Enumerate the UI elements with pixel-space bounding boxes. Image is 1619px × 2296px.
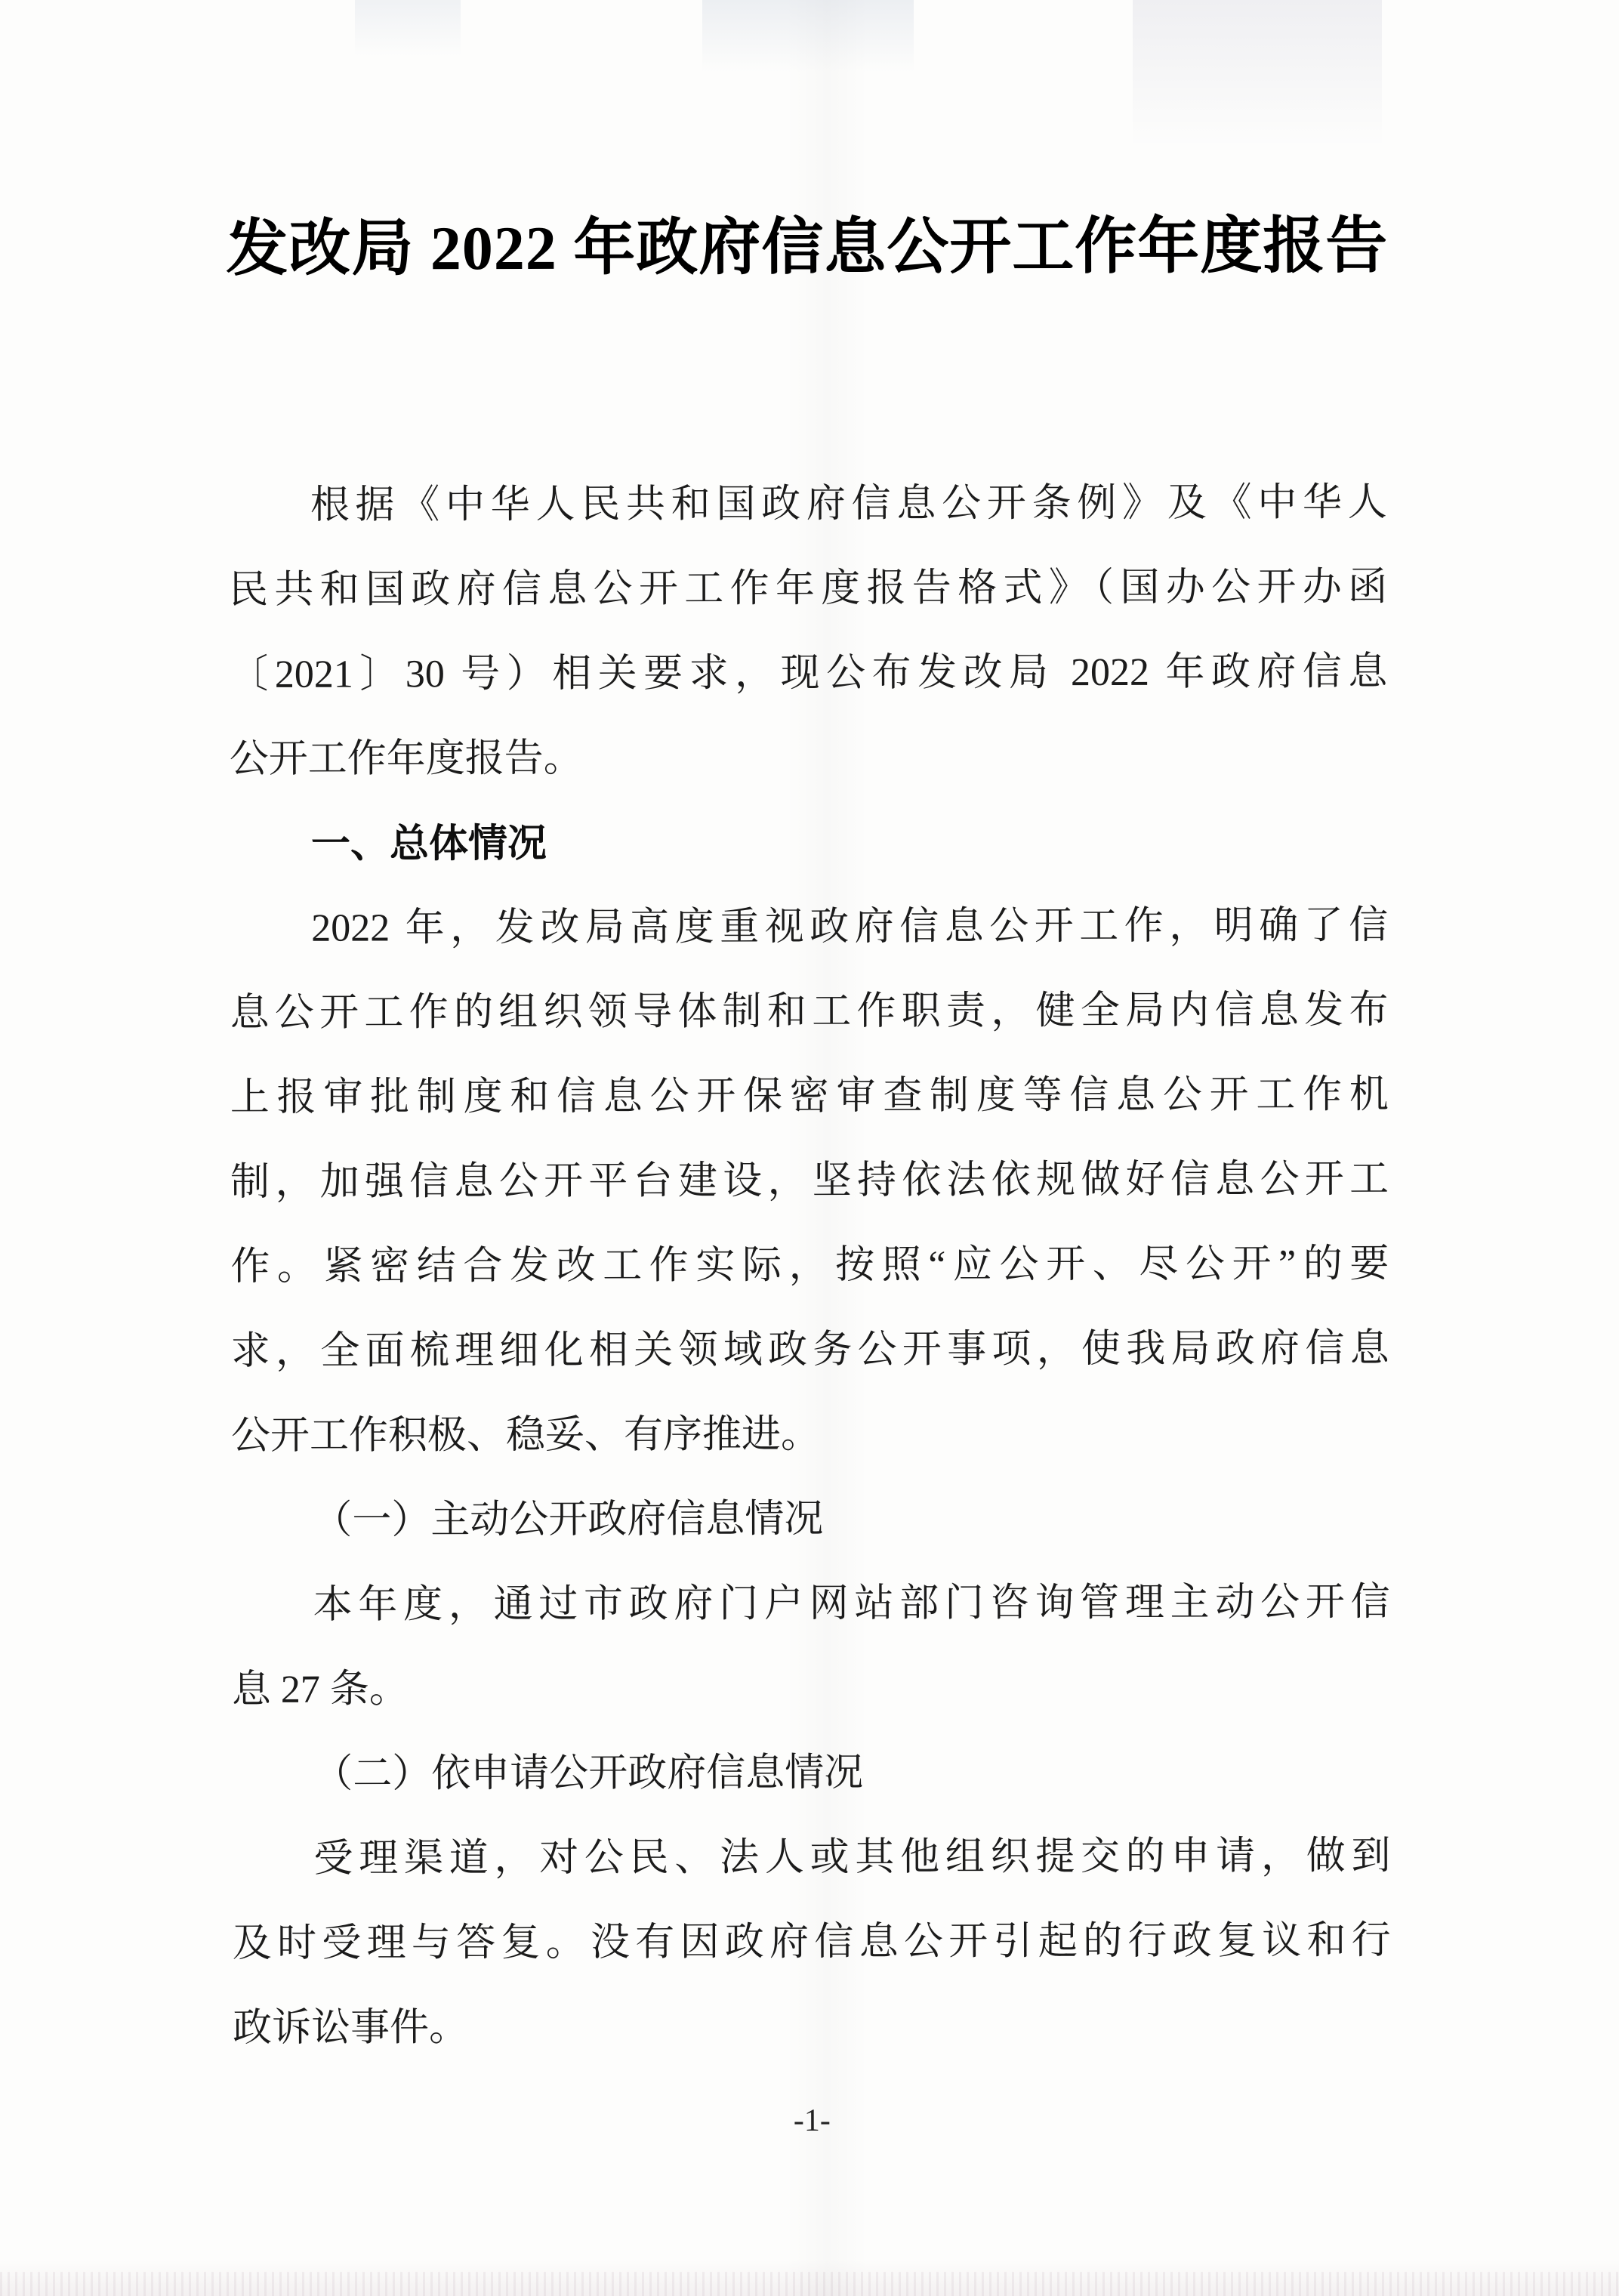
paragraph-line: 受理渠道，对公民、法人或其他组织提交的申请，做到 <box>232 1814 1390 1902</box>
paragraph-line: 根据《中华人民共和国政府信息公开条例》及《中华人 <box>229 461 1387 548</box>
document-title: 发改局 2022 年政府信息公开工作年度报告 <box>0 203 1617 292</box>
paragraph-line: 〔2021〕30 号）相关要求，现公布发改局 2022 年政府信息 <box>229 630 1387 717</box>
page-number: -1- <box>2 2097 1619 2144</box>
paragraph-line: 2022 年，发改局高度重视政府信息公开工作，明确了信 <box>230 884 1388 971</box>
paragraph-line: 息公开工作的组织领导体制和工作职责，健全局内信息发布 <box>230 968 1388 1056</box>
document-content: 发改局 2022 年政府信息公开工作年度报告 根据《中华人民共和国政府信息公开条… <box>0 0 1619 2296</box>
document-body: 根据《中华人民共和国政府信息公开条例》及《中华人 民共和国政府信息公开工作年度报… <box>229 461 1392 2071</box>
paragraph-line: 息 27 条。 <box>232 1645 1390 1733</box>
paragraph-line: 公开工作积极、稳妥、有序推进。 <box>231 1391 1389 1479</box>
document-page: 发改局 2022 年政府信息公开工作年度报告 根据《中华人民共和国政府信息公开条… <box>0 0 1619 2296</box>
paragraph-line: 民共和国政府信息公开工作年度报告格式》（国办公开办函 <box>229 545 1387 633</box>
paragraph-line: 本年度，通过市政府门户网站部门咨询管理主动公开信 <box>231 1560 1389 1648</box>
paragraph-line: 公开工作年度报告。 <box>230 714 1388 802</box>
paragraph-line: 作。紧密结合发改工作实际，按照“应公开、尽公开”的要 <box>230 1222 1389 1310</box>
subsection-heading-proactive-disclosure: （一）主动公开政府信息情况 <box>231 1476 1389 1563</box>
paragraph-line: 政诉讼事件。 <box>233 1983 1391 2071</box>
section-heading-overall: 一、总体情况 <box>230 799 1388 887</box>
paragraph-line: 及时受理与答复。没有因政府信息公开引起的行政复议和行 <box>233 1899 1391 1986</box>
paragraph-line: 求，全面梳理细化相关领域政务公开事项，使我局政府信息 <box>231 1307 1389 1394</box>
paragraph-line: 上报审批制度和信息公开保密审查制度等信息公开工作机 <box>230 1053 1389 1140</box>
paragraph-line: 制，加强信息公开平台建设，坚持依法依规做好信息公开工 <box>230 1137 1389 1225</box>
subsection-heading-disclosure-upon-request: （二）依申请公开政府信息情况 <box>232 1730 1390 1817</box>
